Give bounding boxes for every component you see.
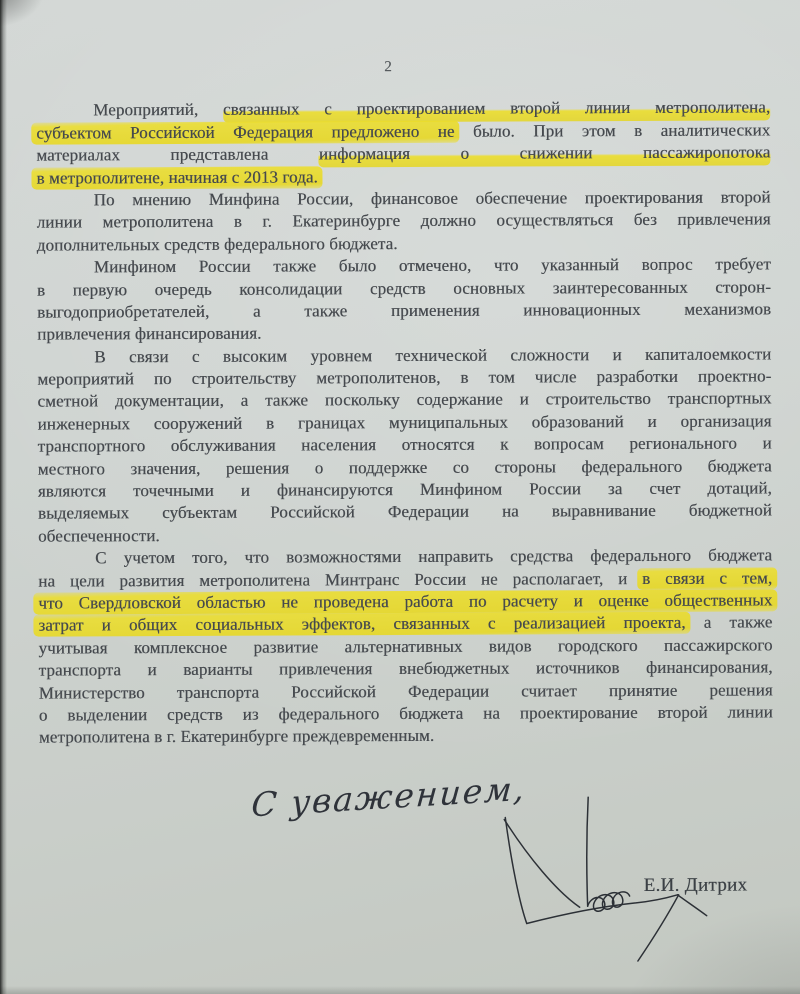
document-body: Мероприятий, связанных с проектированием…	[36, 97, 773, 750]
paper-left-edge-shadow	[0, 0, 7, 994]
text-segment: транспортного обслуживания населения отн…	[38, 434, 772, 456]
signature-block: С уважением, Е.И. Дитрих	[39, 758, 774, 994]
letter-content: 2 Мероприятий, связанных с проектировани…	[36, 52, 774, 994]
text-segment: Мероприятий,	[93, 100, 223, 120]
text-line: С учетом того, что возможностями направи…	[38, 545, 772, 571]
text-line: инженерных сооружений в границах муницип…	[38, 410, 772, 436]
text-segment: линии метрополитена в г. Екатеринбурге д…	[37, 210, 771, 232]
signature-stroke	[587, 797, 589, 906]
text-segment: выгодоприобретателей, а также применения…	[37, 299, 771, 321]
text-segment: инженерных сооружений в границах муницип…	[38, 411, 772, 433]
text-line: В связи с высоким уровнем технической сл…	[37, 343, 771, 369]
text-segment: По мнению Минфина России, финансовое обе…	[94, 187, 771, 209]
text-line: в метрополитене, начиная с 2013 года.	[36, 164, 770, 190]
text-segment: мероприятий по строительству метрополите…	[37, 366, 771, 388]
text-line: Министерство транспорта Российской Федер…	[39, 679, 773, 705]
text-line: местного значения, решения о поддержке с…	[38, 455, 772, 481]
text-segment: дополнительных средств федерального бюдж…	[37, 234, 398, 255]
text-segment: о выделении средств из федерального бюдж…	[39, 702, 773, 724]
text-segment: местного значения, решения о поддержке с…	[38, 456, 772, 478]
text-line: субъектом Российской Федерация предложен…	[36, 119, 770, 145]
text-segment: учитывая комплексное развитие альтернати…	[38, 635, 772, 657]
signature-stroke	[638, 895, 679, 961]
text-segment: привлечения финансирования.	[37, 324, 261, 344]
highlighted-text: субъектом Российской Федерация предложен…	[31, 121, 459, 145]
signature-stroke	[504, 819, 579, 907]
text-line: транспортного обслуживания населения отн…	[38, 433, 772, 459]
text-line: метрополитена в г. Екатеринбурге преждев…	[39, 724, 773, 750]
text-line: выгодоприобретателей, а также применения…	[37, 298, 771, 324]
text-segment: являются точечными и финансируются Минфи…	[38, 478, 772, 500]
highlighted-text: что Свердловской областью не проведена р…	[33, 589, 777, 614]
signature-stroke	[505, 817, 526, 923]
text-line: материалах представлена информация о сни…	[36, 142, 770, 168]
scanned-letter-page: 2 Мероприятий, связанных с проектировани…	[0, 0, 800, 994]
text-segment: метрополитена в г. Екатеринбурге преждев…	[39, 726, 434, 747]
text-segment: выделяемых субъектам Российской Федераци…	[38, 501, 772, 523]
text-line: что Свердловской областью не проведена р…	[38, 589, 772, 615]
text-line: на цели развития метрополитена Минтранс …	[38, 567, 772, 593]
text-line: обеспеченности.	[38, 522, 772, 548]
text-line: сметной документации, а также поскольку …	[37, 388, 771, 414]
text-segment: Минфином России также было отмечено, что…	[94, 255, 771, 277]
text-segment: а также	[686, 613, 773, 632]
text-segment: транспорта и варианты привлечения внебюд…	[39, 658, 773, 680]
text-segment: сметной документации, а также поскольку …	[37, 389, 771, 411]
text-line: Мероприятий, связанных с проектированием…	[36, 97, 770, 123]
signature-stroke	[678, 894, 707, 915]
text-line: о выделении средств из федерального бюдж…	[39, 701, 773, 727]
page-number: 2	[36, 55, 740, 80]
text-line: привлечения финансирования.	[37, 321, 771, 347]
text-line: линии метрополитена в г. Екатеринбурге д…	[37, 209, 771, 235]
text-segment: В связи с высоким уровнем технической сл…	[94, 344, 771, 366]
highlighted-text: в метрополитене, начиная с 2013 года.	[31, 166, 322, 189]
text-line: мероприятий по строительству метрополите…	[37, 365, 771, 391]
text-line: являются точечными и финансируются Минфи…	[38, 477, 772, 503]
highlighted-text: затрат и общих социальных эффектов, связ…	[33, 612, 690, 637]
text-segment: Министерство транспорта Российской Федер…	[39, 680, 773, 702]
text-line: затрат и общих социальных эффектов, связ…	[38, 612, 772, 638]
text-line: в первую очередь консолидации средств ос…	[37, 276, 771, 302]
text-line: Минфином России также было отмечено, что…	[37, 254, 771, 280]
text-segment: материалах представлена	[36, 145, 319, 165]
highlighted-text: информация о снижении пассажиропотока	[319, 143, 771, 168]
text-segment: было. При этом в аналитических	[455, 120, 771, 140]
text-line: выделяемых субъектам Российской Федераци…	[38, 500, 772, 526]
text-line: транспорта и варианты привлечения внебюд…	[39, 657, 773, 683]
text-segment: на цели развития метрополитена Минтранс …	[38, 569, 642, 591]
text-segment: обеспеченности.	[38, 526, 160, 546]
signer-name: Е.И. Дитрих	[644, 874, 748, 897]
text-segment: С учетом того, что возможностями направи…	[95, 546, 772, 568]
text-line: дополнительных средств федерального бюдж…	[37, 231, 771, 257]
highlighted-text: в связи с тем,	[637, 567, 777, 590]
text-segment: в первую очередь консолидации средств ос…	[37, 277, 771, 299]
text-line: По мнению Минфина России, финансовое обе…	[37, 186, 771, 212]
text-line: учитывая комплексное развитие альтернати…	[38, 634, 772, 660]
signature-stroke	[588, 892, 630, 911]
